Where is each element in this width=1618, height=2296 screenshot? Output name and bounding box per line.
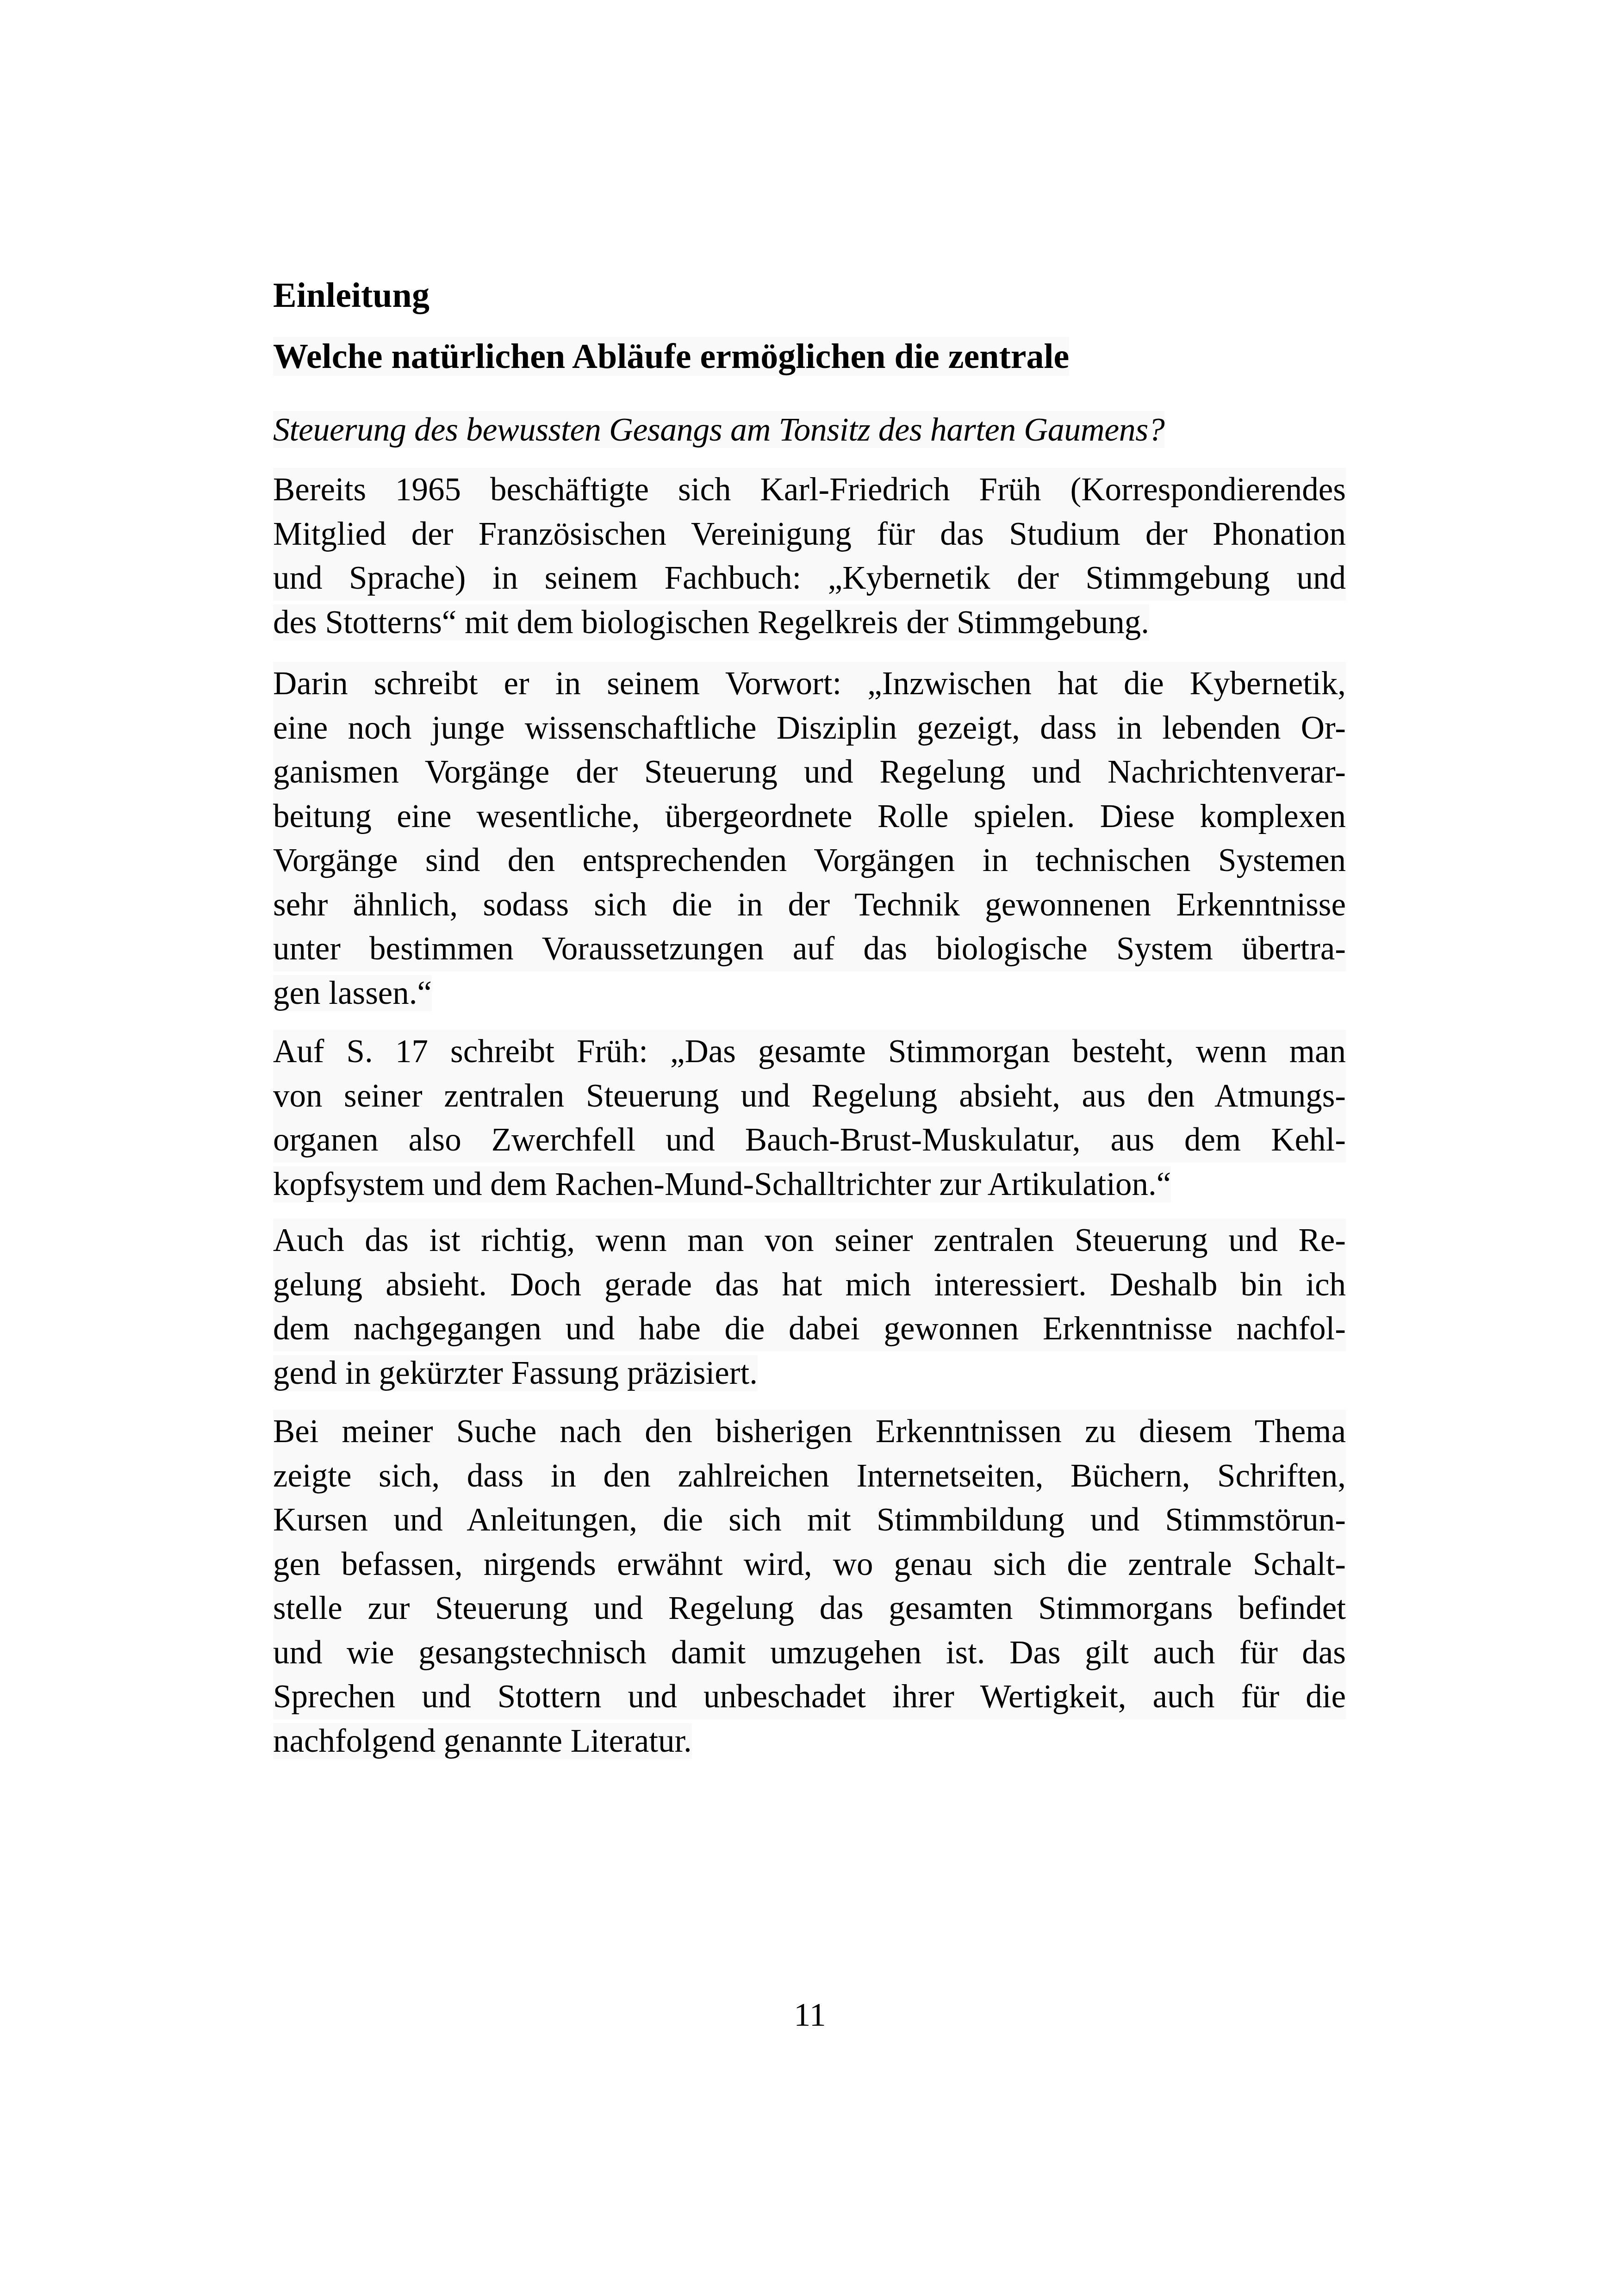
paragraph-line: beitung eine wesentliche, übergeordnete … [273,795,1346,839]
paragraph-highlight: Darin schreibt er in seinem Vorwort: „In… [273,662,1346,971]
paragraph-4: Auch das ist richtig, wenn man von seine… [273,1219,1346,1395]
paragraph-line: kopfsystem und dem Rachen-Mund-Schalltri… [273,1163,1346,1207]
paragraph-2: Darin schreibt er in seinem Vorwort: „In… [273,662,1346,1015]
page-number: 11 [787,1992,833,2037]
paragraph-line: Sprechen und Stottern und unbeschadet ih… [273,1675,1346,1719]
paragraph-3: Auf S. 17 schreibt Früh: „Das gesamte St… [273,1030,1346,1207]
paragraph-line: gelung absieht. Doch gerade das hat mich… [273,1263,1346,1307]
paragraph-line: Auf S. 17 schreibt Früh: „Das gesamte St… [273,1030,1346,1074]
paragraph-line: eine noch junge wissenschaftliche Diszip… [273,706,1346,751]
paragraph-line: nachfolgend genannte Literatur. [273,1719,1346,1764]
paragraph-1: Bereits 1965 beschäftigte sich Karl-Frie… [273,468,1346,645]
paragraph-line: und Sprache) in seinem Fachbuch: „Kybern… [273,556,1346,601]
paragraph-line: Mitglied der Französischen Vereinigung f… [273,512,1346,557]
section-subtitle: Steuerung des bewussten Gesangs am Tonsi… [273,407,1164,452]
paragraph-line: stelle zur Steuerung und Regelung das ge… [273,1587,1346,1631]
paragraph-line-text: gend in gekürzter Fassung präzisiert. [273,1355,758,1391]
paragraph-line: Vorgänge sind den entsprechenden Vorgäng… [273,839,1346,883]
paragraph-line: Bei meiner Suche nach den bisherigen Erk… [273,1410,1346,1454]
paragraph-line-text: des Stotterns“ mit dem biologischen Rege… [273,604,1149,641]
paragraph-line: unter bestimmen Voraussetzungen auf das … [273,927,1346,971]
section-subtitle-text: Steuerung des bewussten Gesangs am Tonsi… [273,411,1164,448]
paragraph-highlight: Bei meiner Suche nach den bisherigen Erk… [273,1410,1346,1719]
paragraph-highlight: Auf S. 17 schreibt Früh: „Das gesamte St… [273,1030,1346,1163]
paragraph-line: organen also Zwerchfell und Bauch-Brust-… [273,1118,1346,1163]
paragraph-line: dem nachgegangen und habe die dabei gewo… [273,1307,1346,1351]
paragraph-line: Bereits 1965 beschäftigte sich Karl-Frie… [273,468,1346,512]
paragraph-line: gen lassen.“ [273,971,1346,1016]
paragraph-line: gend in gekürzter Fassung präzisiert. [273,1351,1346,1396]
section-title-text: Welche natürlichen Abläufe ermöglichen d… [273,337,1069,376]
paragraph-line: Darin schreibt er in seinem Vorwort: „In… [273,662,1346,706]
chapter-heading: Einleitung [273,272,429,318]
paragraph-line: Kursen und Anleitungen, die sich mit Sti… [273,1498,1346,1543]
paragraph-line-text: kopfsystem und dem Rachen-Mund-Schalltri… [273,1166,1171,1202]
paragraph-line: und wie gesangstechnisch damit umzugehen… [273,1631,1346,1675]
paragraph-highlight: Auch das ist richtig, wenn man von seine… [273,1219,1346,1351]
section-title: Welche natürlichen Abläufe ermöglichen d… [273,334,1069,379]
paragraph-highlight: Bereits 1965 beschäftigte sich Karl-Frie… [273,468,1346,601]
paragraph-line: zeigte sich, dass in den zahlreichen Int… [273,1454,1346,1499]
paragraph-line-text: gen lassen.“ [273,975,432,1011]
paragraph-5: Bei meiner Suche nach den bisherigen Erk… [273,1410,1346,1763]
paragraph-line: gen befassen, nirgends erwähnt wird, wo … [273,1543,1346,1587]
paragraph-line-text: nachfolgend genannte Literatur. [273,1723,692,1759]
paragraph-line: ganismen Vorgänge der Steuerung und Rege… [273,750,1346,795]
paragraph-line: von seiner zentralen Steuerung und Regel… [273,1074,1346,1119]
paragraph-line: Auch das ist richtig, wenn man von seine… [273,1219,1346,1263]
paragraph-line: sehr ähnlich, sodass sich die in der Tec… [273,883,1346,927]
paragraph-line: des Stotterns“ mit dem biologischen Rege… [273,601,1346,645]
